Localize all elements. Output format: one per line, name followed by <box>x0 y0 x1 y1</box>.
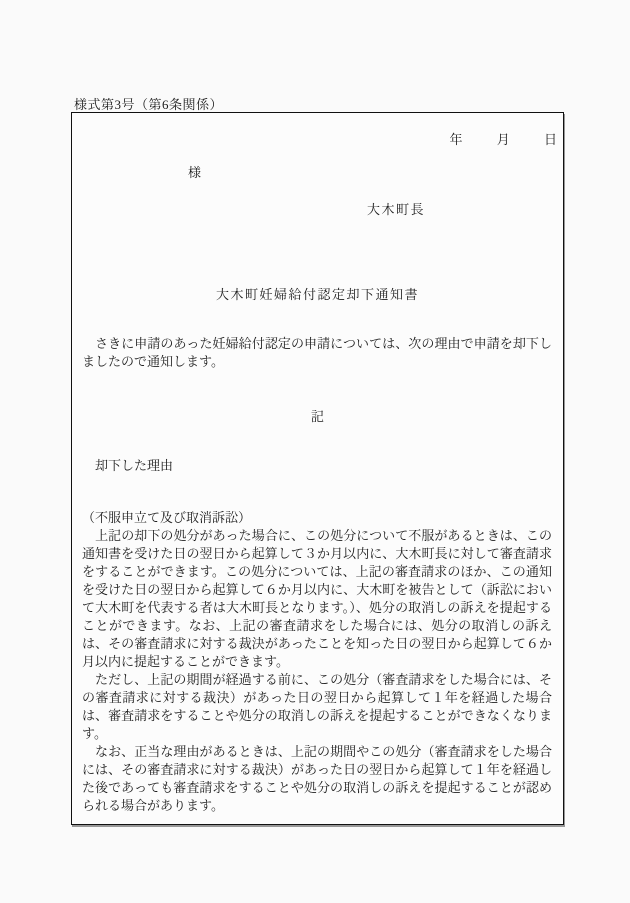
intro-paragraph: さきに申請のあった妊婦給付認定の申請については、次の理由で申請を却下しましたので… <box>82 335 552 371</box>
record-marker: 記 <box>72 406 563 425</box>
document-page: 様式第3号（第6条関係） 年 月 日 様 大木町長 大木町妊婦給付認定却下通知書… <box>0 0 630 903</box>
appeal-notice-paragraph: 上記の却下の処分があった場合に、この処分について不服があるときは、この通知書を受… <box>82 527 552 671</box>
document-title: 大木町妊婦給付認定却下通知書 <box>72 284 563 303</box>
sender-name: 大木町長 <box>367 199 425 218</box>
appeal-notice-heading: （不服申立て及び取消訴訟） <box>82 509 552 527</box>
addressee-honorific: 様 <box>188 162 201 181</box>
form-number-label: 様式第3号（第6条関係） <box>74 94 223 113</box>
appeal-notice-section: （不服申立て及び取消訴訟） 上記の却下の処分があった場合に、この処分について不服… <box>82 509 552 815</box>
month-label: 月 <box>497 129 510 148</box>
appeal-notice-paragraph: なお、正当な理由があるときは、上記の期間やこの処分（審査請求をした場合には、その… <box>82 743 552 815</box>
appeal-notice-paragraph: ただし、上記の期間が経過する前に、この処分（審査請求をした場合には、その審査請求… <box>82 671 552 743</box>
year-label: 年 <box>449 129 462 148</box>
rejection-reason-label: 却下した理由 <box>82 455 173 474</box>
date-line: 年 月 日 <box>449 129 557 148</box>
document-frame: 年 月 日 様 大木町長 大木町妊婦給付認定却下通知書 さきに申請のあった妊婦給… <box>71 112 564 825</box>
day-label: 日 <box>544 129 557 148</box>
